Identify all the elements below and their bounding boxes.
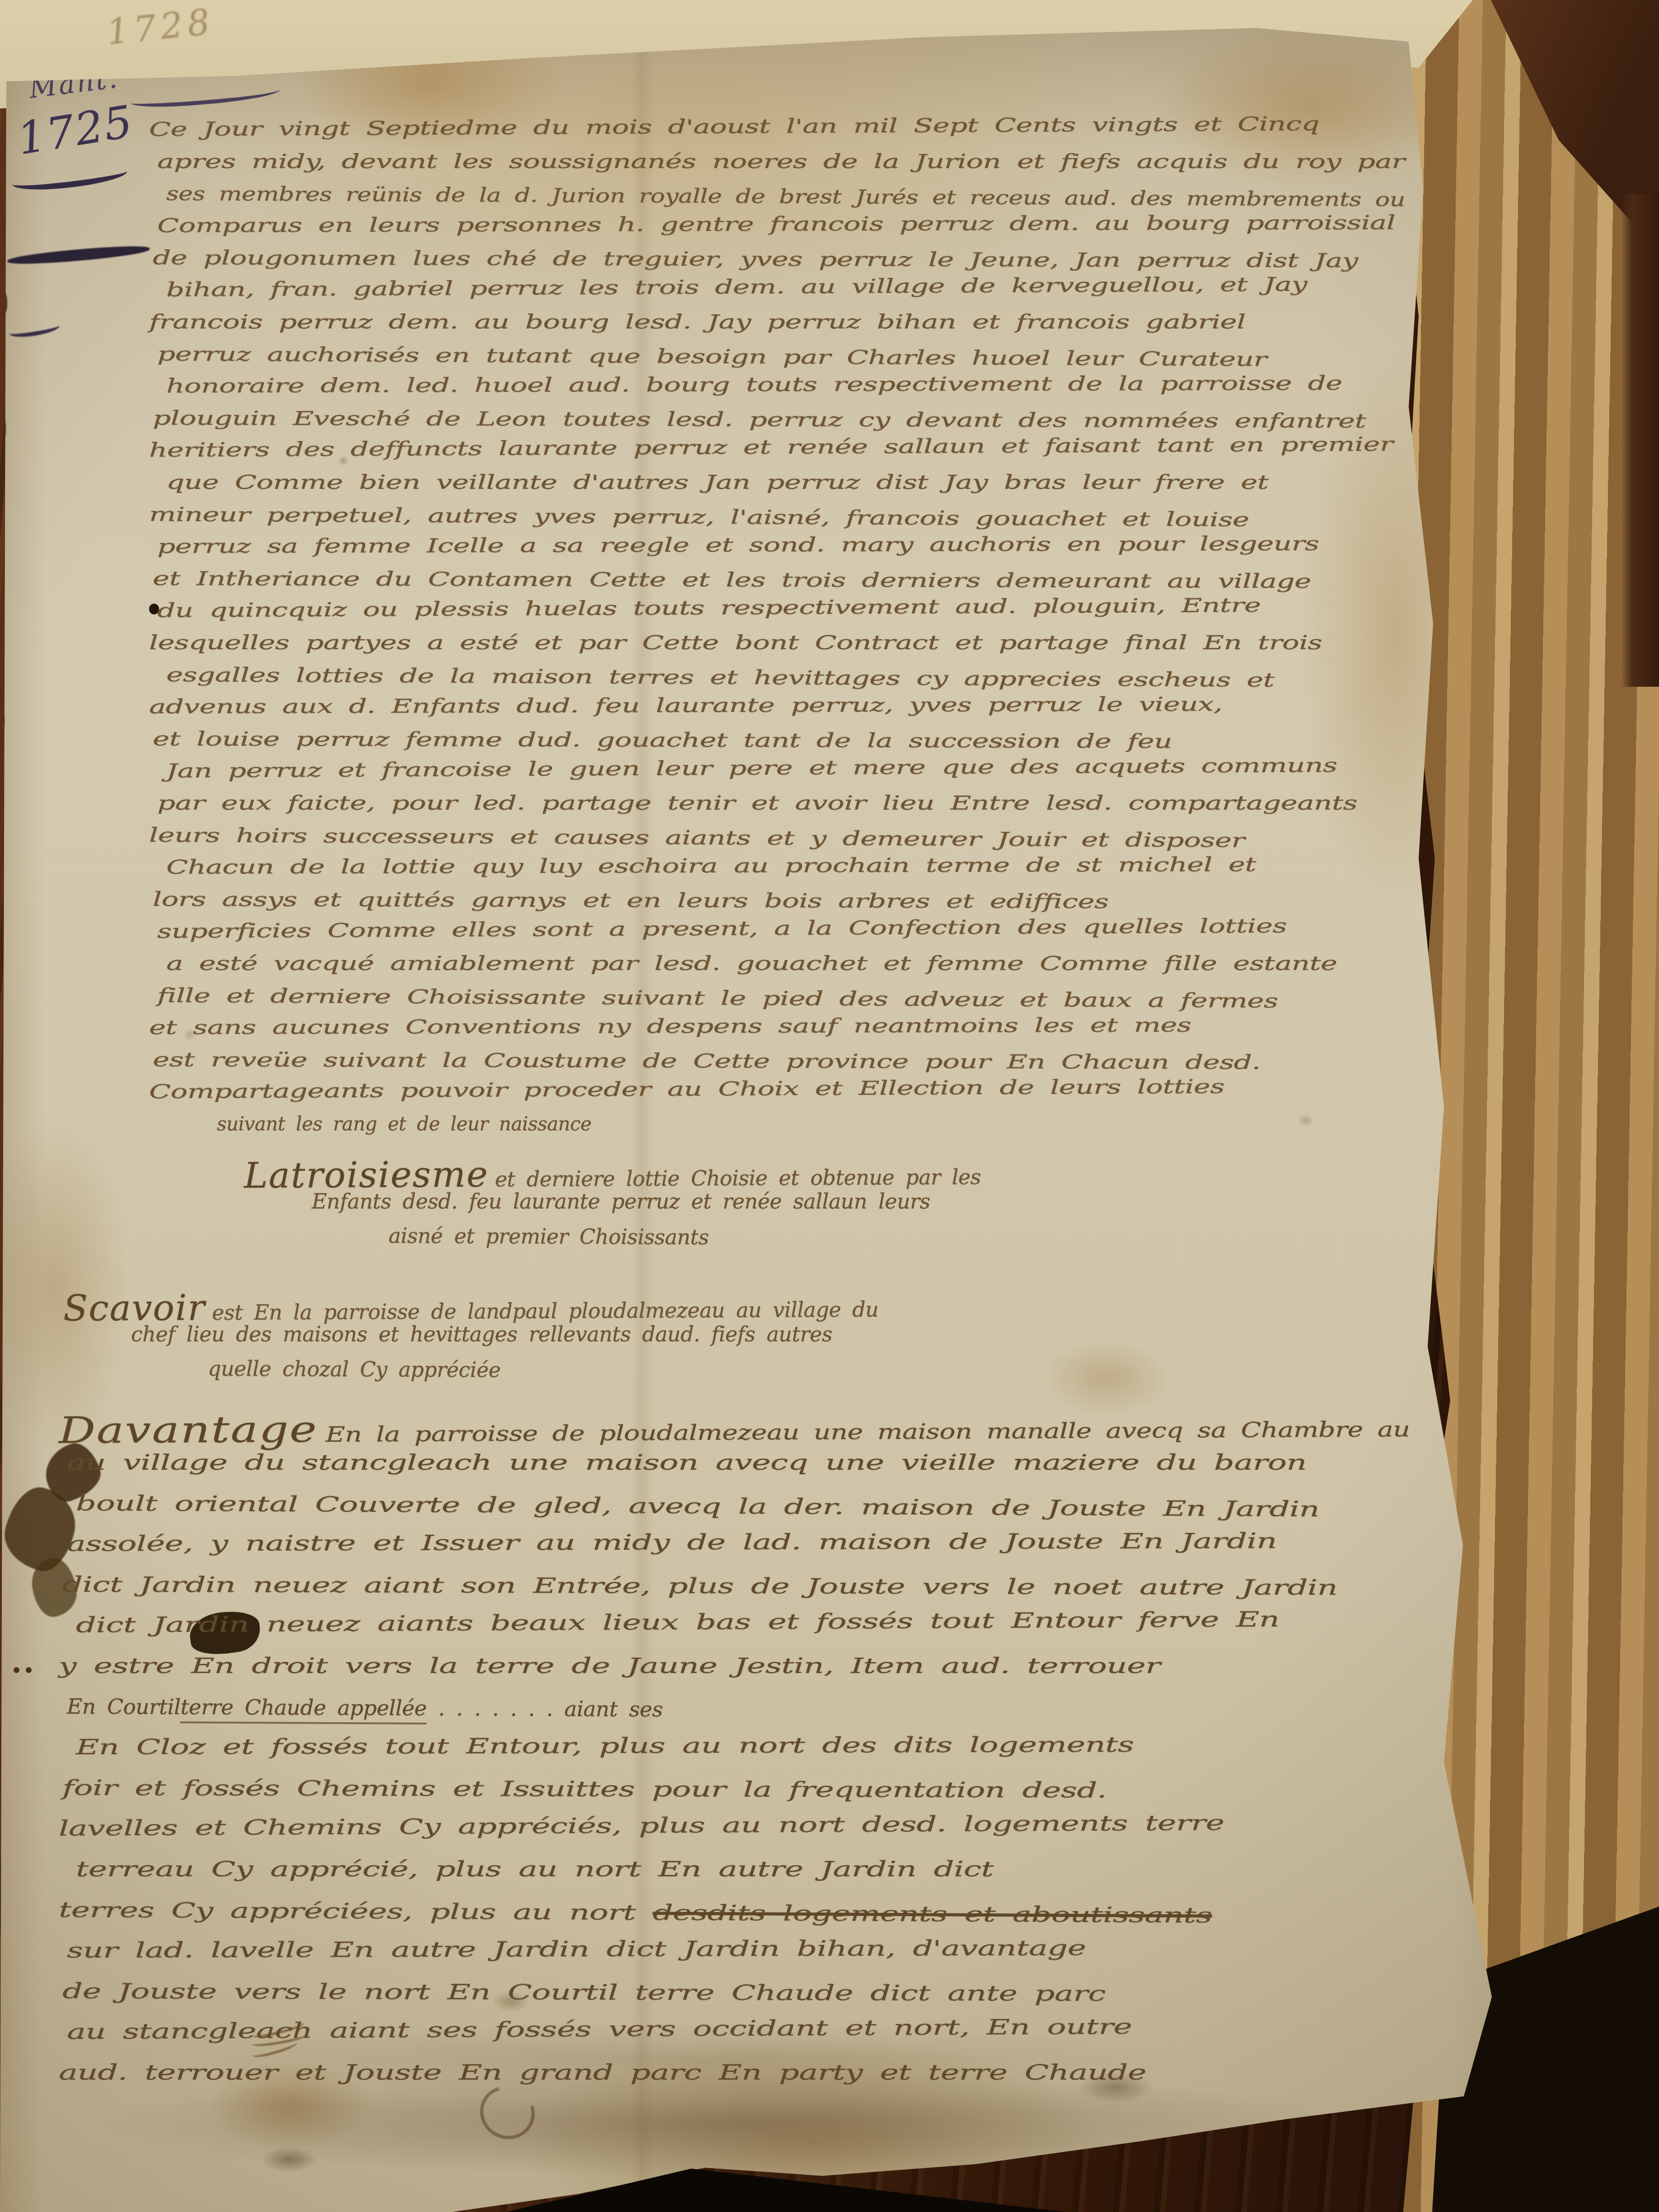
manuscript-line: terreau Cy apprécié, plus au nort En aut… <box>76 1857 994 1898</box>
text-block-opening: Ce Jour vingt Septiedme du mois d'aoust … <box>149 118 1405 1145</box>
manuscript-line: bihan, fran. gabriel perruz les trois de… <box>166 273 1308 311</box>
margin-year-1725: 1725 <box>14 96 137 165</box>
manuscript-line: Ce Jour vingt Septiedme du mois d'aoust … <box>149 112 1319 150</box>
manuscript-line: Compartageants pouvoir proceder au Choix… <box>149 1075 1224 1113</box>
manuscript-line: par eux faicte, pour led. partage tenir … <box>157 792 1357 824</box>
manuscript-line: a esté vacqué amiablement par lesd. goua… <box>166 952 1337 984</box>
photo-of-manuscript: 1728 Mant. 1725 Ce Jour vingt Septiedme … <box>0 0 1659 2212</box>
manuscript-line: aisné et premier Choisissants <box>389 1223 709 1259</box>
table-edge-strip <box>1621 194 1659 687</box>
manuscript-line: sur lad. lavelle En autre Jardin dict Ja… <box>67 1935 1086 1979</box>
margin-ink-stroke <box>7 243 150 267</box>
manuscript-line: dict Jardin neuez aiants beaux lieux bas… <box>76 1607 1279 1654</box>
text-block-davantage: DavantageEn la parroisse de ploudalmezea… <box>59 1410 1410 2101</box>
manuscript-line: quelle chozal Cy appréciée <box>208 1356 501 1392</box>
manuscript-line: chef lieu des maisons et hevittages rell… <box>131 1322 832 1356</box>
manuscript-line: Comparus en leurs personnes h. gentre fr… <box>157 211 1395 247</box>
manuscript-line: que Comme bien veillante d'autres Jan pe… <box>166 471 1268 503</box>
manuscript-line: aud. terrouer et Jouste En grand parc En… <box>59 2060 1146 2101</box>
manuscript-line: Jan perruz et francoise le guen leur per… <box>166 754 1337 792</box>
margin-dots <box>14 1666 45 1673</box>
manuscript-line: perruz sa femme Icelle a sa reegle et so… <box>157 533 1319 567</box>
text-block-third-lot: Latroisiesmeet derniere lottie Choisie e… <box>244 1155 1373 1258</box>
margin-year-underline <box>11 161 128 195</box>
faded-year-note: 1728 <box>105 2 216 53</box>
manuscript-line: francois perruz dem. au bourg lesd. Jay … <box>149 311 1246 343</box>
manuscript-line: honoraire dem. led. huoel aud. bourg tou… <box>166 372 1342 407</box>
manuscript-line: lesquelles partyes a esté et par Cette b… <box>149 632 1322 664</box>
manuscript-line: du quincquiz ou plessis huelas touts res… <box>157 594 1261 632</box>
manuscript-line: y estre En droit vers la terre de Jaune … <box>59 1654 1160 1694</box>
margin-squiggle-mark <box>9 319 61 339</box>
manuscript-line: heritiers des deffuncts laurante perruz … <box>149 433 1393 471</box>
manuscript-line: suivant les rang et de leur naissance <box>217 1113 591 1145</box>
manuscript-line: Chacun de la lottie quy luy eschoira au … <box>166 853 1256 888</box>
manuscript-line: au stancgleach aiant ses fossés vers occ… <box>67 2014 1132 2060</box>
margin-note-flourish <box>131 84 281 110</box>
manuscript-line: lavelles et Chemins Cy appréciés, plus a… <box>59 1810 1224 1857</box>
manuscript-page: Mant. 1725 Ce Jour vingt Septiedme du mo… <box>0 0 1659 2212</box>
manuscript-line: Scavoirest En la parroisse de landpaul p… <box>63 1284 879 1322</box>
manuscript-line: et sans aucunes Conventions ny despens s… <box>149 1014 1191 1049</box>
manuscript-line: Latroisiesmeet derniere lottie Choisie e… <box>244 1151 981 1189</box>
manuscript-line: assolée, y naistre et Issuer au midy de … <box>67 1528 1277 1572</box>
manuscript-line: En Courtilterre Chaude appellée . . . . … <box>67 1694 663 1738</box>
manuscript-line: Enfants desd. feu laurante perruz et ren… <box>312 1189 930 1223</box>
manuscript-line: superficies Comme elles sont a present, … <box>157 915 1287 952</box>
manuscript-line: En Cloz et fossés tout Entour, plus au n… <box>76 1732 1134 1776</box>
manuscript-line: advenus aux d. Enfants dud. feu laurante… <box>149 693 1223 728</box>
manuscript-line: au village du stancgleach une maison ave… <box>67 1450 1307 1491</box>
manuscript-line: DavantageEn la parroisse de ploudalmezea… <box>59 1403 1410 1450</box>
text-block-scavoir: Scavoirest En la parroisse de landpaul p… <box>63 1288 1351 1391</box>
manuscript-line: apres midy, devant les soussignanés noer… <box>157 150 1405 183</box>
